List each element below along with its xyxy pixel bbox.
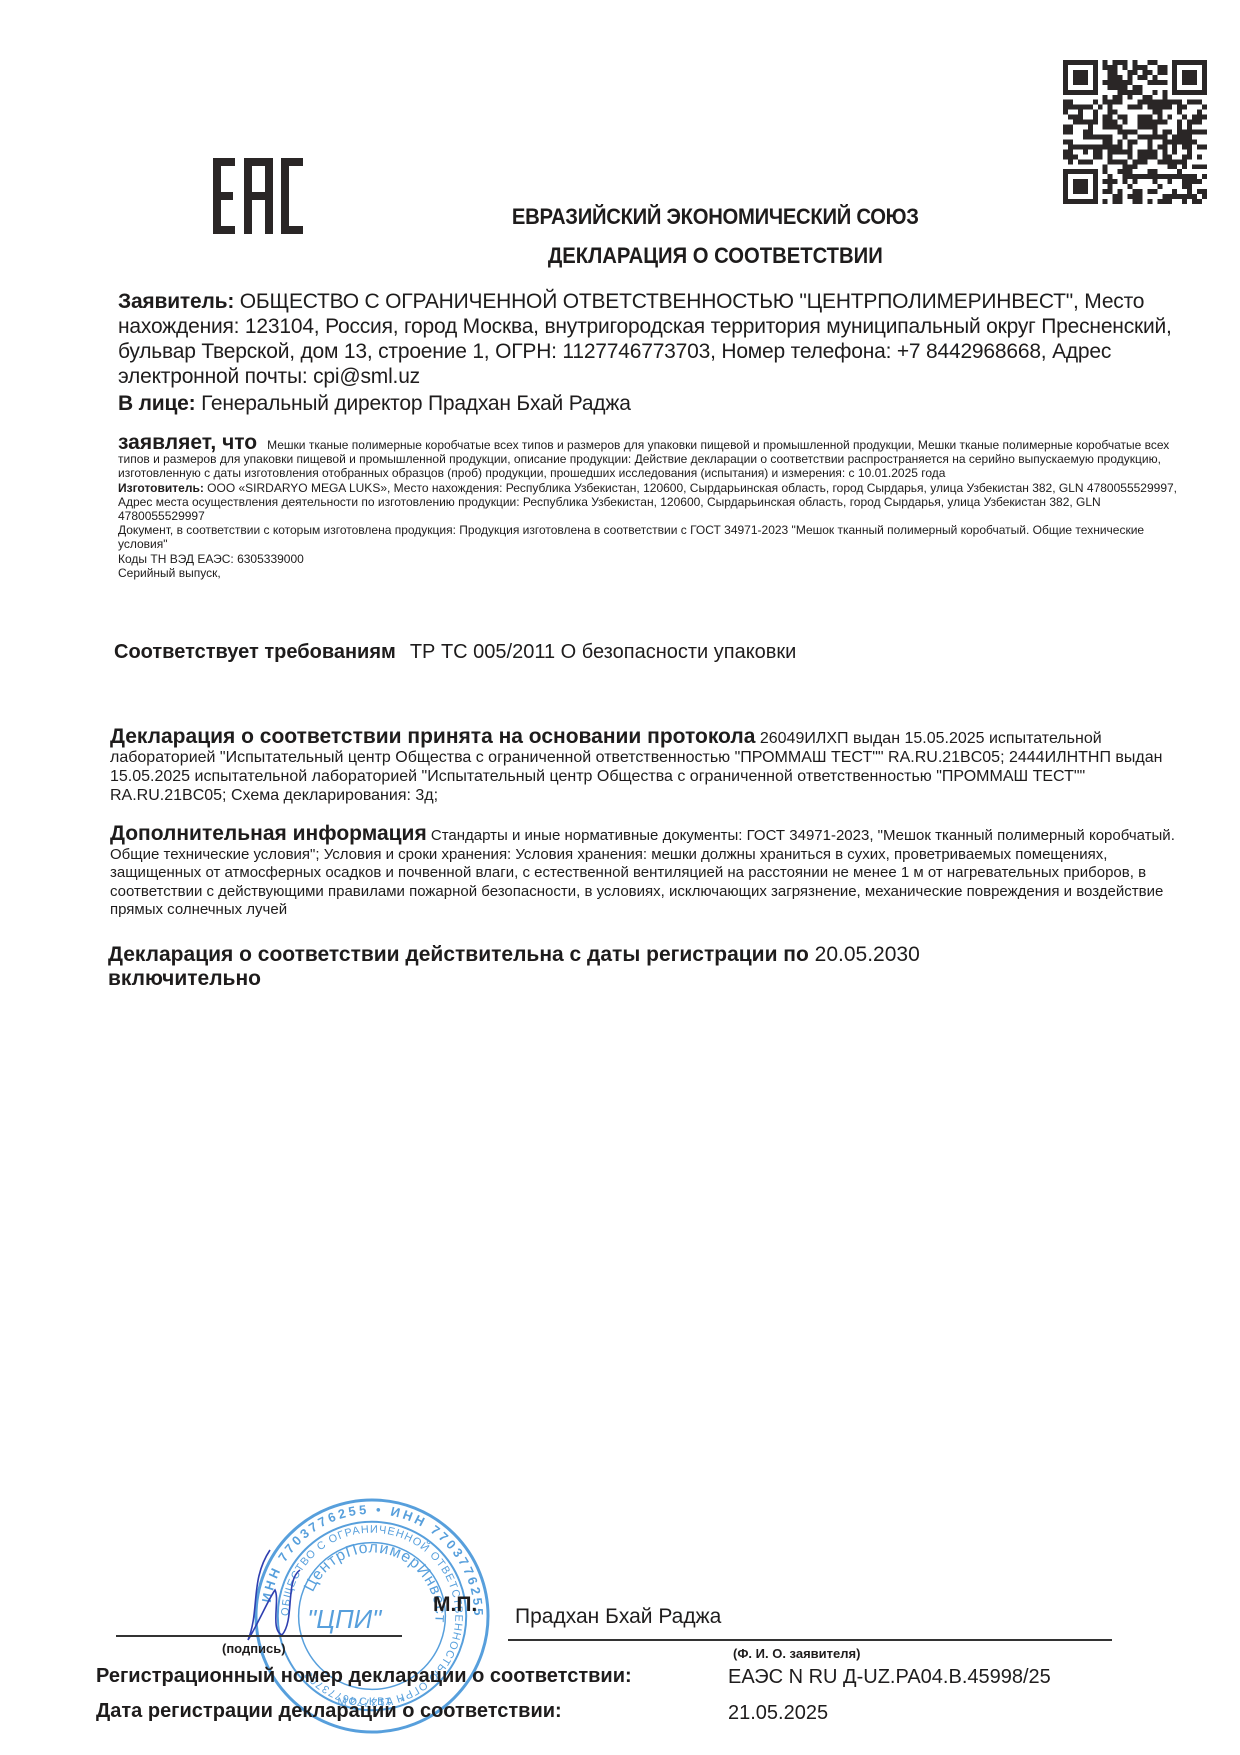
seal-mark: М.П. xyxy=(433,1593,477,1617)
applicant-name: Прадхан Бхай Раджа xyxy=(515,1605,721,1629)
registration-date: 21.05.2025 xyxy=(728,1702,828,1725)
applicant-label: Заявитель: xyxy=(118,290,234,313)
requirements-label: Соответствует требованиям xyxy=(114,641,396,663)
validity-suffix: включительно xyxy=(108,967,261,990)
additional-label: Дополнительная информация xyxy=(110,822,427,845)
hs-codes: Коды ТН ВЭД ЕАЭС: 6305339000 xyxy=(118,552,1183,566)
validity-line: Декларация о соответствии действительна … xyxy=(108,943,1008,991)
validity-date: 20.05.2030 xyxy=(815,943,920,966)
applicant-name-label: (Ф. И. О. заявителя) xyxy=(733,1646,860,1661)
product-text: Мешки тканые полимерные коробчатые всех … xyxy=(118,438,1169,480)
signature-line xyxy=(116,1635,402,1637)
requirements-line: Соответствует требованиямТР ТС 005/2011 … xyxy=(114,641,796,664)
manufacturer-text: ООО «SIRDARYO MEGA LUKS», Место нахожден… xyxy=(118,481,1177,523)
protocol-basis: Декларация о соответствии принята на осн… xyxy=(110,727,1190,805)
represented-text: Генеральный директор Прадхан Бхай Раджа xyxy=(201,392,631,415)
name-line xyxy=(508,1639,1112,1641)
basis-label: Декларация о соответствии принята на осн… xyxy=(110,725,755,748)
validity-label: Декларация о соответствии действительна … xyxy=(108,943,809,966)
qr-code xyxy=(1063,60,1207,204)
document-title: ДЕКЛАРАЦИЯ О СООТВЕТСТВИИ xyxy=(55,243,1196,269)
represented-label: В лице: xyxy=(118,392,195,415)
union-title: ЕВРАЗИЙСКИЙ ЭКОНОМИЧЕСКИЙ СОЮЗ xyxy=(55,204,1196,230)
declares-label: заявляет, что xyxy=(118,431,257,454)
applicant-text: ОБЩЕСТВО С ОГРАНИЧЕННОЙ ОТВЕТСТВЕННОСТЬЮ… xyxy=(118,290,1172,388)
signature-label: (подпись) xyxy=(222,1641,286,1656)
applicant-section: Заявитель: ОБЩЕСТВО С ОГРАНИЧЕННОЙ ОТВЕТ… xyxy=(118,289,1188,416)
registration-number-label: Регистрационный номер декларации о соотв… xyxy=(96,1665,632,1688)
requirements-value: ТР ТС 005/2011 О безопасности упаковки xyxy=(410,641,797,663)
qr-code-icon xyxy=(1063,60,1207,204)
signature-scribble xyxy=(240,1540,330,1650)
declaration-section: заявляет, чтоМешки тканые полимерные кор… xyxy=(118,436,1183,580)
document-basis-text: Документ, в соответствии с которым изгот… xyxy=(118,523,1183,551)
registration-number: ЕАЭС N RU Д-UZ.PA04.B.45998/25 xyxy=(728,1666,1051,1689)
additional-info: Дополнительная информация Стандарты и ин… xyxy=(110,825,1190,920)
registration-date-label: Дата регистрации декларации о соответств… xyxy=(96,1700,562,1723)
manufacturer-label: Изготовитель: xyxy=(118,481,204,495)
release-type: Серийный выпуск, xyxy=(118,566,1183,580)
